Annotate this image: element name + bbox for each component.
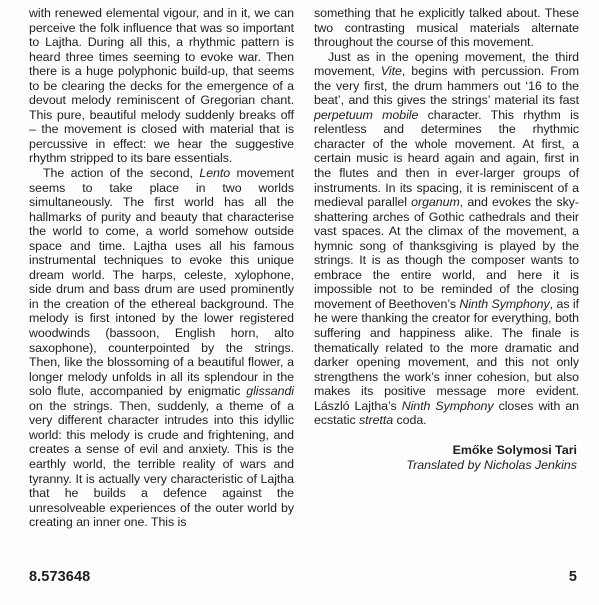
italic-term-perpetuum-mobile: perpetuum mobile xyxy=(314,108,418,122)
text-run: , as if he were thanking the creator for… xyxy=(314,297,579,413)
catalog-number: 8.573648 xyxy=(29,569,90,585)
paragraph-first-movement-continued: with renewed elemental vigour, and in it… xyxy=(29,6,294,166)
text-run: coda. xyxy=(393,413,426,427)
paragraph-second-movement-continued: something that he explicitly talked abou… xyxy=(314,6,579,50)
paragraph-second-movement: The action of the second, Lento movement… xyxy=(29,166,294,530)
author-name: Emőke Solymosi Tari xyxy=(406,443,577,458)
left-column: with renewed elemental vigour, and in it… xyxy=(29,6,294,530)
italic-term-organum: organum xyxy=(411,195,460,209)
text-run: The action of the second, xyxy=(43,166,199,180)
italic-term-vite: Vite xyxy=(381,64,402,78)
text-run: character. This rhythm is relentless and… xyxy=(314,108,579,209)
right-column: something that he explicitly talked abou… xyxy=(314,6,579,428)
translator-credit: Translated by Nicholas Jenkins xyxy=(406,458,577,473)
text-run: on the strings. Then, suddenly, a theme … xyxy=(29,399,294,529)
text-run: , and evokes the sky-shattering arches o… xyxy=(314,195,579,311)
signature-block: Emőke Solymosi Tari Translated by Nichol… xyxy=(406,443,577,473)
italic-term-glissandi: glissandi xyxy=(246,384,294,398)
paragraph-third-movement: Just as in the opening movement, the thi… xyxy=(314,50,579,428)
italic-title-ninth-symphony-lajtha: Ninth Symphony xyxy=(402,399,494,413)
text-run: movement seems to take place in two worl… xyxy=(29,166,294,398)
italic-title-ninth-symphony-beethoven: Ninth Symphony xyxy=(459,297,549,311)
italic-term-stretta: stretta xyxy=(359,413,393,427)
page-number: 5 xyxy=(569,569,577,585)
italic-term-lento: Lento xyxy=(199,166,230,180)
